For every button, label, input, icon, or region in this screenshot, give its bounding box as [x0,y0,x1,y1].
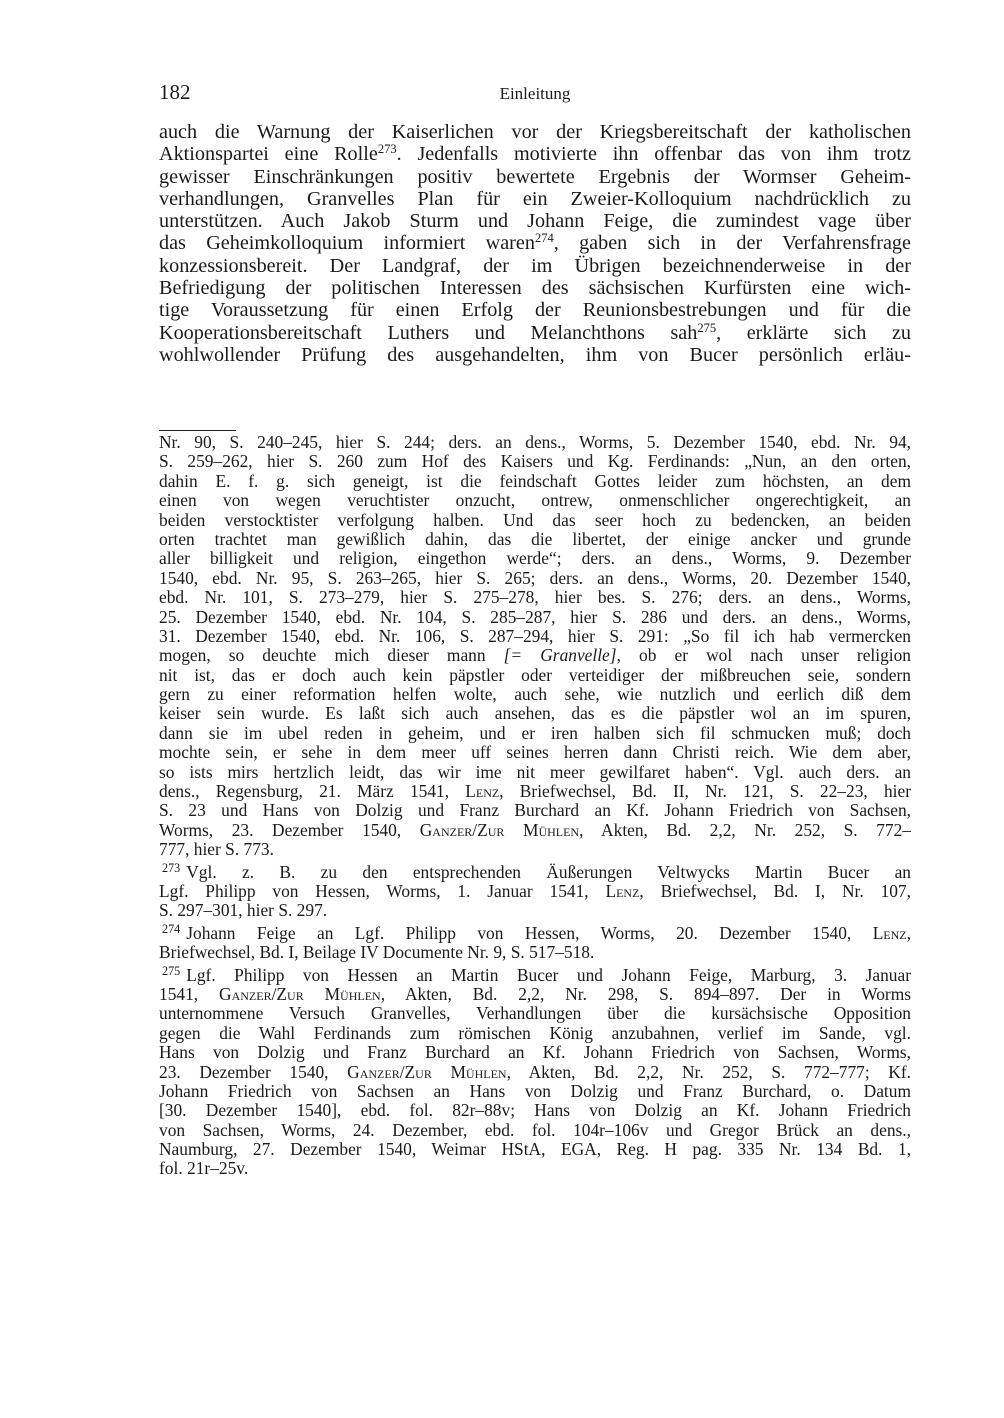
footnote-274: 274Johann Feige an Lgf. Philipp von Hess… [159,924,911,963]
author-name: Lenz [465,781,499,801]
author-name: Lenz [873,923,907,943]
text-line: verhandlungen, Granvelles Plan für ein Z… [159,188,911,210]
running-title: Einleitung [159,84,911,104]
footnote-ref-275[interactable]: 275 [697,321,716,335]
running-head: 182 Einleitung [159,80,911,106]
text-line: gewisser Einschränkungen positiv bewerte… [159,166,911,188]
text-line: wohlwollender Prüfung des ausgehandelten… [159,344,911,366]
editorial-insertion: [= Granvelle] [504,645,617,665]
text-line: tige Voraussetzung für einen Erfolg der … [159,299,911,321]
text-line: auch die Warnung der Kaiserlichen vor de… [159,121,911,143]
text-line: unterstützen. Auch Jakob Sturm und Johan… [159,210,911,232]
text-line: Kooperationsbereitschaft Luthers und Mel… [159,322,911,344]
footnote-separator-rule [159,430,236,431]
footnote-275: 275Lgf. Philipp von Hessen an Martin Buc… [159,966,911,1179]
footnote-273: 273Vgl. z. B. zu den entsprechenden Äuße… [159,863,911,921]
main-text: auch die Warnung der Kaiserlichen vor de… [159,121,911,366]
footnote-number: 275 [162,964,180,978]
footnote-number: 273 [162,861,180,875]
text-line: Befriedigung der politischen Interessen … [159,277,911,299]
footnote-number: 274 [162,922,180,936]
author-name: Ganzer/Zur Mühlen [420,820,579,840]
footnote-ref-273[interactable]: 273 [378,142,397,156]
text-line: Aktionspartei eine Rolle273. Jedenfalls … [159,143,911,165]
text-line: das Geheimkolloquium informiert waren274… [159,232,911,254]
footnote-continuation: Nr. 90, S. 240–245, hier S. 244; ders. a… [159,433,911,860]
author-name: Ganzer/Zur Mühlen [347,1062,506,1082]
author-name: Lenz [605,881,639,901]
author-name: Ganzer/Zur Mühlen [219,984,381,1004]
text-line: konzessionsbereit. Der Landgraf, der im … [159,255,911,277]
footnote-ref-274[interactable]: 274 [535,232,554,246]
footnotes: Nr. 90, S. 240–245, hier S. 244; ders. a… [159,433,911,1179]
